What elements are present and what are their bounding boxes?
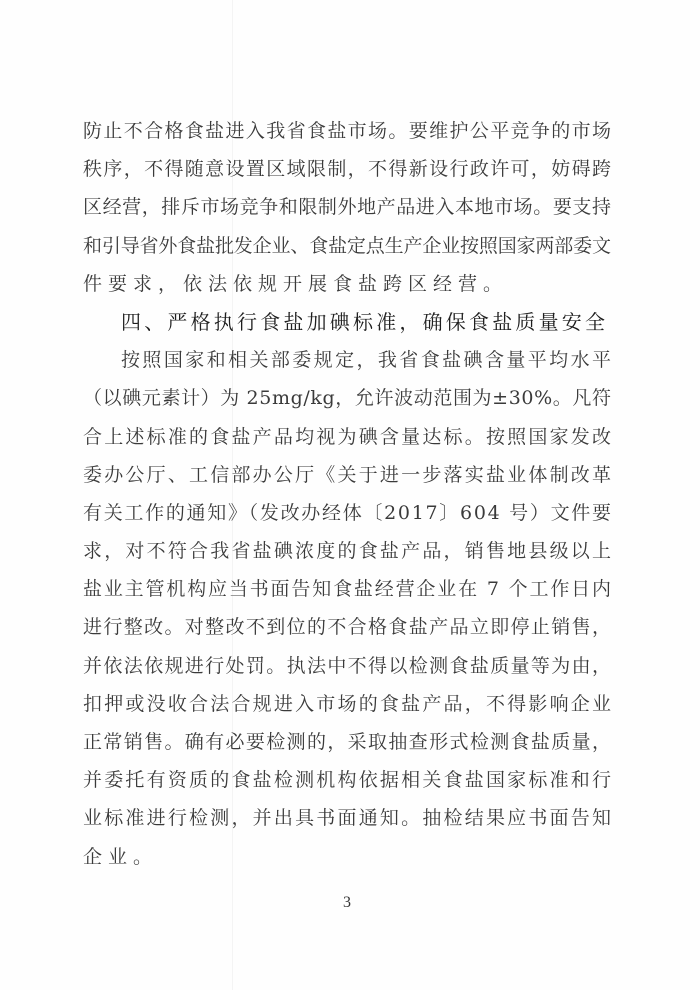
paragraph-line: 有关工作的通知》（发改办经体〔2017〕604 号）文件要 <box>83 494 611 532</box>
page-number: 3 <box>343 894 351 912</box>
paragraph-line: （以碘元素计）为 25mg/kg，允许波动范围为±30%。凡符 <box>83 379 611 417</box>
document-page: 防止不合格食盐进入我省食盐市场。要维护公平竞争的市场 秩序，不得随意设置区域限制… <box>0 0 700 990</box>
paragraph-line: 正常销售。确有必要检测的，采取抽查形式检测食盐质量， <box>83 723 611 761</box>
paragraph-line: 委办公厅、工信部办公厅《关于进一步落实盐业体制改革 <box>83 456 611 494</box>
paragraph-line: 扣押或没收合法合规进入市场的食盐产品，不得影响企业 <box>83 685 611 723</box>
paragraph-line: 企业。 <box>83 838 611 876</box>
paragraph-line: 盐业主管机构应当书面告知食盐经营企业在 7 个工作日内 <box>83 570 611 608</box>
paragraph-line: 业标准进行检测，并出具书面通知。抽检结果应书面告知 <box>83 799 611 837</box>
document-body: 防止不合格食盐进入我省食盐市场。要维护公平竞争的市场 秩序，不得随意设置区域限制… <box>83 112 611 876</box>
paragraph-line: 进行整改。对整改不到位的不合格食盐产品立即停止销售， <box>83 608 611 646</box>
paragraph-line: 区经营，排斥市场竞争和限制外地产品进入本地市场。要支持 <box>83 188 611 226</box>
paragraph-line: 并委托有资质的食盐检测机构依据相关食盐国家标准和行 <box>83 761 611 799</box>
paragraph-line: 件要求，依法依规开展食盐跨区经营。 <box>83 265 611 303</box>
paragraph-line: 和引导省外食盐批发企业、食盐定点生产企业按照国家两部委文 <box>83 227 611 265</box>
paragraph-line: 合上述标准的食盐产品均视为碘含量达标。按照国家发改 <box>83 418 611 456</box>
paragraph-line: 求，对不符合我省盐碘浓度的食盐产品，销售地县级以上 <box>83 532 611 570</box>
paragraph-line: 秩序，不得随意设置区域限制，不得新设行政许可，妨碍跨 <box>83 150 611 188</box>
section-heading: 四、严格执行食盐加碘标准，确保食盐质量安全 <box>83 303 611 341</box>
paragraph-line: 防止不合格食盐进入我省食盐市场。要维护公平竞争的市场 <box>83 112 611 150</box>
paragraph-line: 按照国家和相关部委规定，我省食盐碘含量平均水平 <box>83 341 611 379</box>
paragraph-line: 并依法依规进行处罚。执法中不得以检测食盐质量等为由， <box>83 647 611 685</box>
